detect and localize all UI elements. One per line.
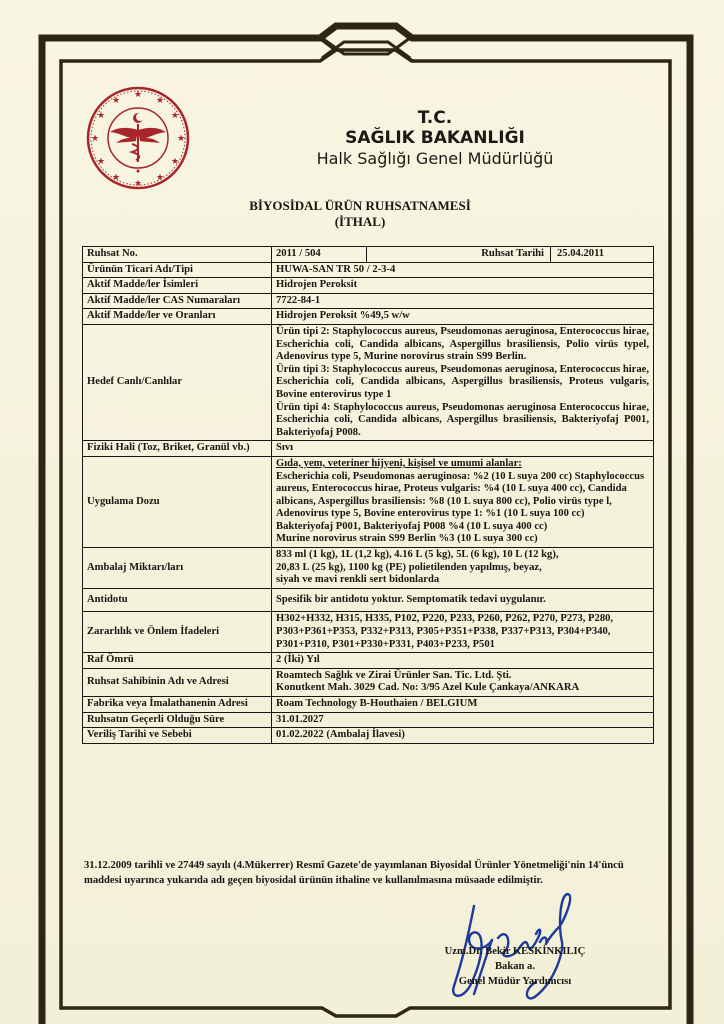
license-no-label: Ruhsat No.	[83, 247, 272, 263]
antidote-label: Antidotu	[83, 588, 272, 612]
trade-name-label: Ürünün Ticari Adı/Tipi	[83, 262, 272, 278]
packaging: 833 ml (1 kg), 1L (1,2 kg), 4.16 L (5 kg…	[272, 548, 654, 589]
signatory-block: Uzm.Dr. Bekir KESKİNKILIÇ Bakan a. Genel…	[420, 944, 610, 989]
table-row: Aktif Madde/ler İsimleri Hidrojen Peroks…	[83, 278, 654, 294]
dosage-bacteriophage: Bakteriyofaj P001, Bakteriyofaj P008 %4 …	[276, 521, 649, 534]
table-row: Uygulama Dozu Gıda, yem, veteriner hijye…	[83, 456, 654, 547]
table-row: Aktif Madde/ler ve Oranları Hidrojen Per…	[83, 309, 654, 325]
svg-text:★: ★	[112, 172, 120, 182]
hazard-statements: H302+H332, H315, H335, P102, P220, P233,…	[272, 612, 654, 653]
republic-label: T.C.	[300, 108, 570, 128]
shelf-life-label: Raf Ömrü	[83, 653, 272, 669]
factory-address: Roam Technology B-Houthaien / BELGIUM	[272, 697, 654, 713]
dosage-heading: Gıda, yem, veteriner hijyeni, kişisel ve…	[276, 458, 649, 471]
target-organisms: Ürün tipi 2: Staphylococcus aureus, Pseu…	[272, 324, 654, 440]
dosage-label: Uygulama Dozu	[83, 456, 272, 547]
ministry-logo: ★ ★ ★ ★ ★ ★ ★ ★ ★ ★ ★ ★	[86, 86, 190, 190]
dosage-norovirus: Murine norovirus strain S99 Berlin %3 (1…	[276, 533, 649, 546]
table-row: Ruhsat Sahibinin Adı ve Adresi Roamtech …	[83, 668, 654, 696]
svg-text:★: ★	[134, 178, 142, 188]
packaging-line: siyah ve mavi renkli sert bidonlarda	[276, 574, 649, 587]
target-organisms-label: Hedef Canlı/Canlılar	[83, 324, 272, 440]
svg-text:★: ★	[134, 89, 142, 99]
holder-address: Konutkent Mah. 3029 Cad. No: 3/95 Azel K…	[276, 682, 649, 695]
svg-text:★: ★	[156, 95, 164, 105]
active-ratio: Hidrojen Peroksit %49,5 w/w	[272, 309, 654, 325]
packaging-line: 20,83 L (25 kg), 1100 kg (PE) polietilen…	[276, 562, 649, 575]
table-row: Ürünün Ticari Adı/Tipi HUWA-SAN TR 50 / …	[83, 262, 654, 278]
holder-label: Ruhsat Sahibinin Adı ve Adresi	[83, 668, 272, 696]
table-row: Ruhsat No. 2011 / 504 Ruhsat Tarihi 25.0…	[83, 247, 654, 263]
target-pt3: Ürün tipi 3: Staphylococcus aureus, Pseu…	[276, 364, 649, 402]
issue-label: Veriliş Tarihi ve Sebebi	[83, 728, 272, 744]
shelf-life: 2 (İki) Yıl	[272, 653, 654, 669]
table-row: Antidotu Spesifik bir antidotu yoktur. S…	[83, 588, 654, 612]
document-title-sub: (İTHAL)	[200, 214, 520, 230]
document-title-main: BİYOSİDAL ÜRÜN RUHSATNAMESİ	[200, 198, 520, 214]
license-table: Ruhsat No. 2011 / 504 Ruhsat Tarihi 25.0…	[82, 246, 654, 744]
svg-text:★: ★	[156, 172, 164, 182]
table-row: Aktif Madde/ler CAS Numaraları 7722-84-1	[83, 293, 654, 309]
signatory-title: Genel Müdür Yardımcısı	[420, 974, 610, 989]
validity-date: 31.01.2027	[272, 712, 654, 728]
holder: Roamtech Sağlık ve Zirai Ürünler San. Ti…	[272, 668, 654, 696]
target-pt4: Ürün tipi 4: Staphylococcus aureus, Pseu…	[276, 402, 649, 440]
validity-label: Ruhsatın Geçerli Olduğu Süre	[83, 712, 272, 728]
svg-text:★: ★	[91, 133, 99, 143]
table-row: Zararlılık ve Önlem İfadeleri H302+H332,…	[83, 612, 654, 653]
svg-text:★: ★	[171, 110, 179, 120]
cas-number-label: Aktif Madde/ler CAS Numaraları	[83, 293, 272, 309]
packaging-line: 833 ml (1 kg), 1L (1,2 kg), 4.16 L (5 kg…	[276, 549, 649, 562]
license-date-label: Ruhsat Tarihi	[367, 247, 551, 262]
ministry-header: T.C. SAĞLIK BAKANLIĞI Halk Sağlığı Genel…	[300, 108, 570, 170]
trade-name: HUWA-SAN TR 50 / 2-3-4	[272, 262, 654, 278]
factory-label: Fabrika veya İmalathanenin Adresi	[83, 697, 272, 713]
license-date: 25.04.2011	[551, 247, 653, 262]
table-row: Ambalaj Miktarı/ları 833 ml (1 kg), 1L (…	[83, 548, 654, 589]
active-substance: Hidrojen Peroksit	[272, 278, 654, 294]
table-row: Ruhsatın Geçerli Olduğu Süre 31.01.2027	[83, 712, 654, 728]
table-row: Raf Ömrü 2 (İki) Yıl	[83, 653, 654, 669]
table-row: Fabrika veya İmalathanenin Adresi Roam T…	[83, 697, 654, 713]
issue-date-reason: 01.02.2022 (Ambalaj İlavesi)	[272, 728, 654, 744]
svg-text:★: ★	[112, 95, 120, 105]
legal-statement: 31.12.2009 tarihli ve 27449 sayılı (4.Mü…	[84, 858, 656, 888]
svg-text:★: ★	[171, 156, 179, 166]
packaging-label: Ambalaj Miktarı/ları	[83, 548, 272, 589]
signatory-name: Uzm.Dr. Bekir KESKİNKILIÇ	[420, 944, 610, 959]
active-ratio-label: Aktif Madde/ler ve Oranları	[83, 309, 272, 325]
document-title: BİYOSİDAL ÜRÜN RUHSATNAMESİ (İTHAL)	[200, 198, 520, 230]
license-no: 2011 / 504	[272, 247, 367, 262]
physical-state: Sıvı	[272, 441, 654, 457]
target-pt2: Ürün tipi 2: Staphylococcus aureus, Pseu…	[276, 326, 649, 364]
physical-state-label: Fiziki Hali (Toz, Briket, Granül vb.)	[83, 441, 272, 457]
antidote: Spesifik bir antidotu yoktur. Semptomati…	[272, 588, 654, 612]
svg-text:★: ★	[177, 133, 185, 143]
table-row: Hedef Canlı/Canlılar Ürün tipi 2: Staphy…	[83, 324, 654, 440]
holder-name: Roamtech Sağlık ve Zirai Ürünler San. Ti…	[276, 670, 649, 683]
dosage: Gıda, yem, veteriner hijyeni, kişisel ve…	[272, 456, 654, 547]
cas-number: 7722-84-1	[272, 293, 654, 309]
table-row: Veriliş Tarihi ve Sebebi 01.02.2022 (Amb…	[83, 728, 654, 744]
ministry-name: SAĞLIK BAKANLIĞI	[300, 128, 570, 148]
active-substance-label: Aktif Madde/ler İsimleri	[83, 278, 272, 294]
hazard-label: Zararlılık ve Önlem İfadeleri	[83, 612, 272, 653]
department-name: Halk Sağlığı Genel Müdürlüğü	[300, 148, 570, 170]
dosage-text: Escherichia coli, Pseudomonas aeruginosa…	[276, 471, 649, 521]
svg-text:★: ★	[97, 156, 105, 166]
signatory-capacity: Bakan a.	[420, 959, 610, 974]
svg-text:★: ★	[97, 110, 105, 120]
table-row: Fiziki Hali (Toz, Briket, Granül vb.) Sı…	[83, 441, 654, 457]
